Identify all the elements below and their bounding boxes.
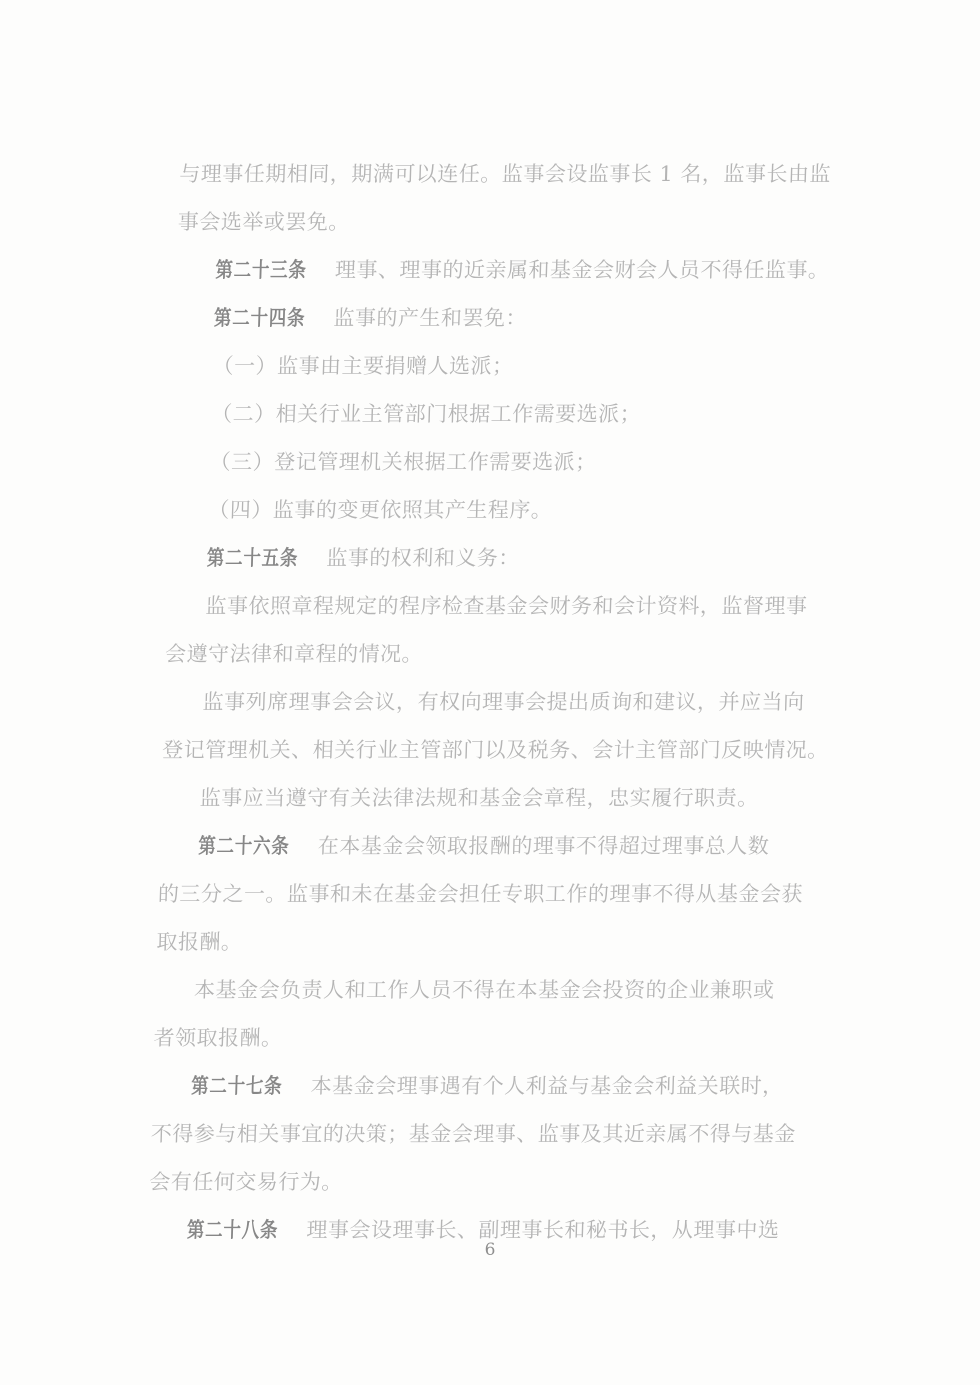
line-text: 的三分之一。监事和未在基金会担任专职工作的理事不得从基金会获: [158, 882, 804, 906]
document-line: （二）相关行业主管部门根据工作需要选派；: [0, 390, 973, 438]
line-text: 在本基金会领取报酬的理事不得超过理事总人数: [317, 834, 769, 858]
document-line: （四）监事的变更依照其产生程序。: [0, 486, 970, 534]
line-text: （三）登记管理机关根据工作需要选派；: [209, 450, 597, 474]
line-text: 监事依照章程规定的程序检查基金会财务和会计资料，监督理事: [205, 594, 808, 618]
article-line: 第二十五条 监事的权利和义务：: [0, 534, 969, 582]
document-line: （一）监事由主要捐赠人选派；: [0, 342, 974, 390]
article-gap: [305, 546, 327, 570]
line-text: 会有任何交易行为。: [149, 1170, 343, 1194]
article-line: 第二十四条 监事的产生和罢免：: [0, 294, 976, 342]
article-number: 第二十七条: [191, 1062, 284, 1110]
line-text: （一）监事由主要捐赠人选派；: [212, 354, 514, 378]
line-text: 理事、理事的近亲属和基金会财会人员不得任监事。: [335, 258, 830, 282]
document-line: 监事列席理事会会议，有权向理事会提出质询和建议，并应当向: [0, 678, 964, 726]
line-text: 监事应当遵守有关法律法规和基金会章程，忠实履行职责。: [199, 786, 759, 810]
document-line: 者领取报酬。: [0, 1014, 954, 1062]
line-text: 本基金会负责人和工作人员不得在本基金会投资的企业兼职或: [194, 978, 775, 1002]
article-number: 第二十六条: [198, 822, 291, 870]
line-text: 登记管理机关、相关行业主管部门以及税务、会计主管部门反映情况。: [162, 738, 829, 762]
article-gap: [313, 258, 335, 282]
document-line: 会遵守法律和章程的情况。: [0, 630, 966, 678]
page-number: 6: [0, 1238, 980, 1262]
line-text: 者领取报酬。: [153, 1026, 283, 1050]
line-text: 事会选举或罢免。: [178, 210, 351, 234]
line-text: 会遵守法律和章程的情况。: [165, 642, 424, 666]
document-line: 与理事任期相同，期满可以连任。监事会设监事长 1 名，监事长由监: [0, 150, 980, 198]
article-gap: [296, 834, 318, 858]
text-block: 与理事任期相同，期满可以连任。监事会设监事长 1 名，监事长由监事会选举或罢免。…: [0, 150, 980, 1254]
line-text: 监事的产生和罢免：: [333, 306, 527, 330]
line-text: （二）相关行业主管部门根据工作需要选派；: [211, 402, 642, 426]
article-line: 第二十七条 本基金会理事遇有个人利益与基金会利益关联时，: [0, 1062, 953, 1110]
line-text: （四）监事的变更依照其产生程序。: [208, 498, 553, 522]
document-line: 事会选举或罢免。: [0, 198, 979, 246]
line-text: 与理事任期相同，期满可以连任。监事会设监事长 1 名，监事长由监: [179, 162, 831, 186]
document-line: 不得参与相关事宜的决策；基金会理事、监事及其近亲属不得与基金: [0, 1110, 952, 1158]
document-line: 监事应当遵守有关法律法规和基金会章程，忠实履行职责。: [0, 774, 961, 822]
line-text: 监事列席理事会会议，有权向理事会提出质询和建议，并应当向: [202, 690, 805, 714]
article-number: 第二十四条: [213, 294, 306, 342]
line-text: 不得参与相关事宜的决策；基金会理事、监事及其近亲属不得与基金: [150, 1122, 796, 1146]
article-gap: [312, 306, 334, 330]
document-line: 会有任何交易行为。: [0, 1158, 950, 1206]
article-gap: [289, 1074, 311, 1098]
document-line: 登记管理机关、相关行业主管部门以及税务、会计主管部门反映情况。: [0, 726, 963, 774]
article-number: 第二十三条: [215, 246, 308, 294]
article-line: 第二十六条 在本基金会领取报酬的理事不得超过理事总人数: [0, 822, 960, 870]
article-line: 第二十三条 理事、理事的近亲属和基金会财会人员不得任监事。: [0, 246, 977, 294]
document-line: 的三分之一。监事和未在基金会担任专职工作的理事不得从基金会获: [0, 870, 959, 918]
document-line: 监事依照章程规定的程序检查基金会财务和会计资料，监督理事: [0, 582, 967, 630]
document-line: 取报酬。: [0, 918, 957, 966]
document-page: 与理事任期相同，期满可以连任。监事会设监事长 1 名，监事长由监事会选举或罢免。…: [0, 0, 980, 1385]
line-text: 监事的权利和义务：: [326, 546, 520, 570]
line-text: 取报酬。: [156, 930, 243, 954]
article-number: 第二十五条: [206, 534, 299, 582]
document-line: （三）登记管理机关根据工作需要选派；: [0, 438, 971, 486]
line-text: 本基金会理事遇有个人利益与基金会利益关联时，: [310, 1074, 784, 1098]
document-line: 本基金会负责人和工作人员不得在本基金会投资的企业兼职或: [0, 966, 956, 1014]
